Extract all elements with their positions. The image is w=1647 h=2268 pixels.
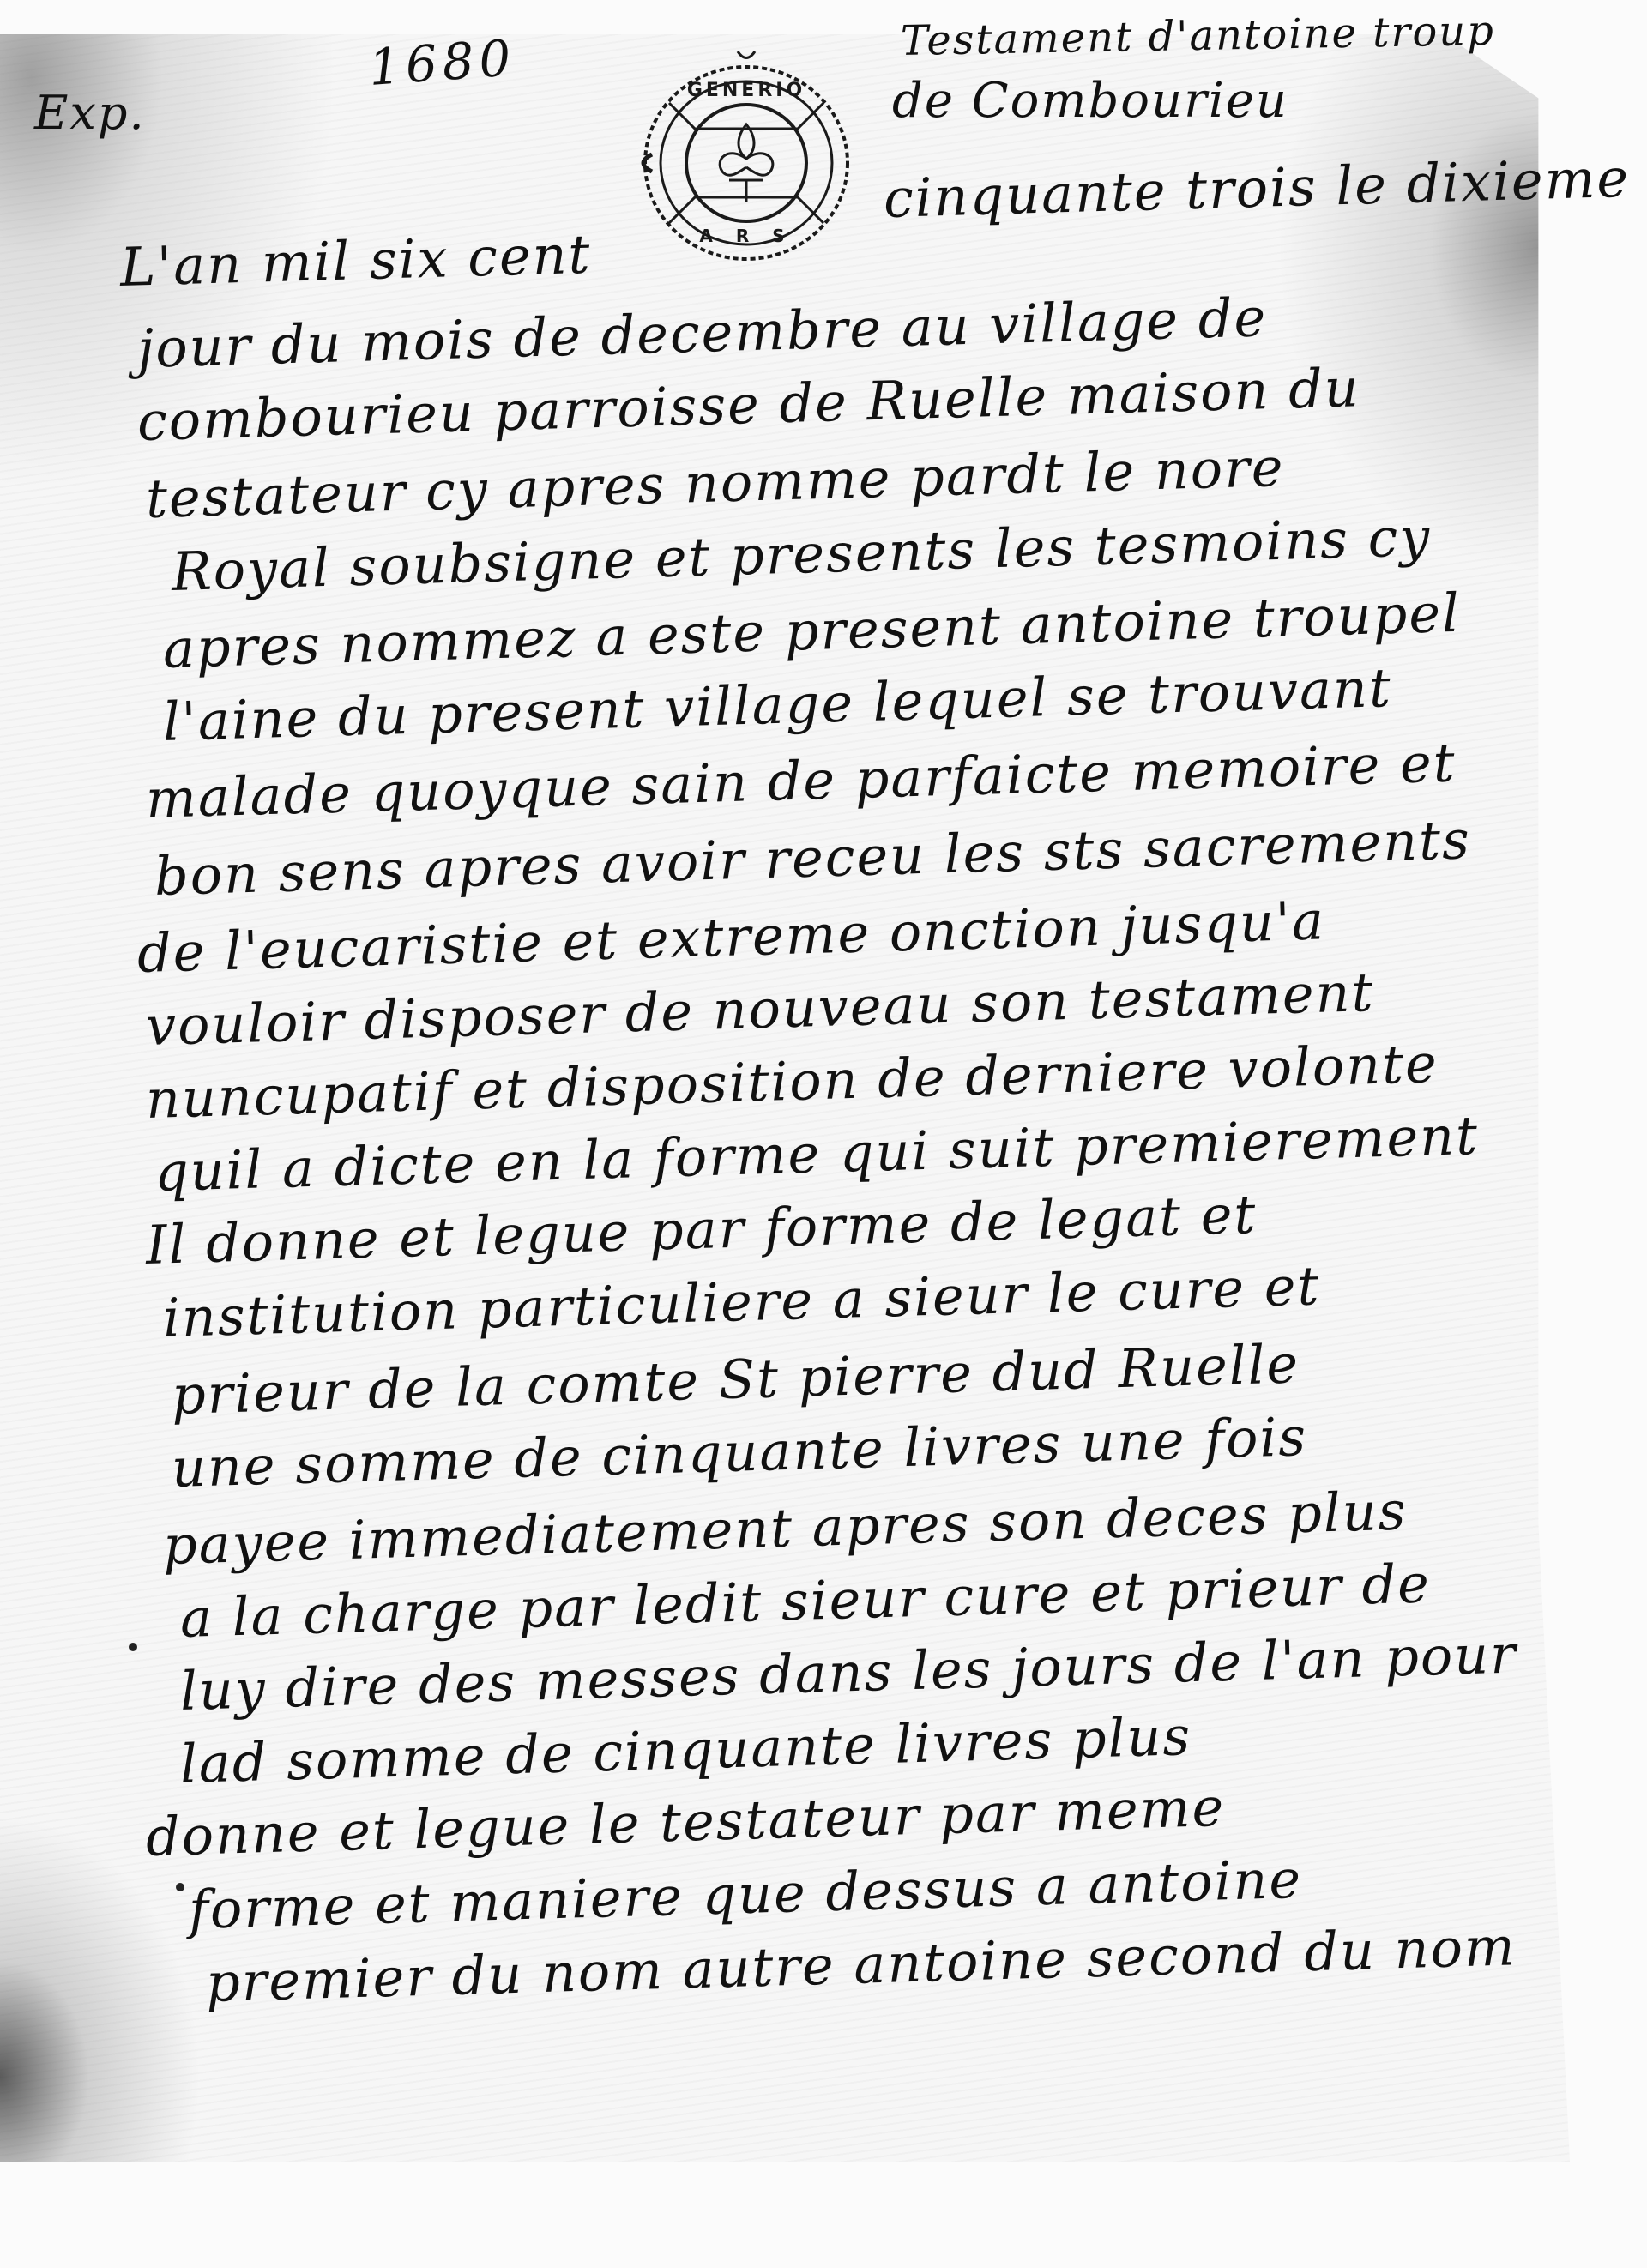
margin-dot: [176, 1883, 184, 1891]
body-line: L'an mil six cent: [119, 223, 592, 299]
margin-note: Exp.: [34, 86, 146, 140]
official-seal-stamp: GENERIQ A R S: [618, 43, 875, 274]
fleur-de-lis-seal-icon: GENERIQ A R S: [618, 43, 875, 274]
scanned-document-page: Exp. 1680 GENERIQ A R S Testament d'anto…: [0, 0, 1647, 2268]
document-title-line-2: de Combourieu: [892, 73, 1288, 129]
margin-dot: [129, 1643, 137, 1651]
seal-top-text: GENERIQ: [687, 80, 805, 101]
seal-bottom-text: A R S: [699, 226, 793, 246]
document-year: 1680: [367, 28, 518, 97]
